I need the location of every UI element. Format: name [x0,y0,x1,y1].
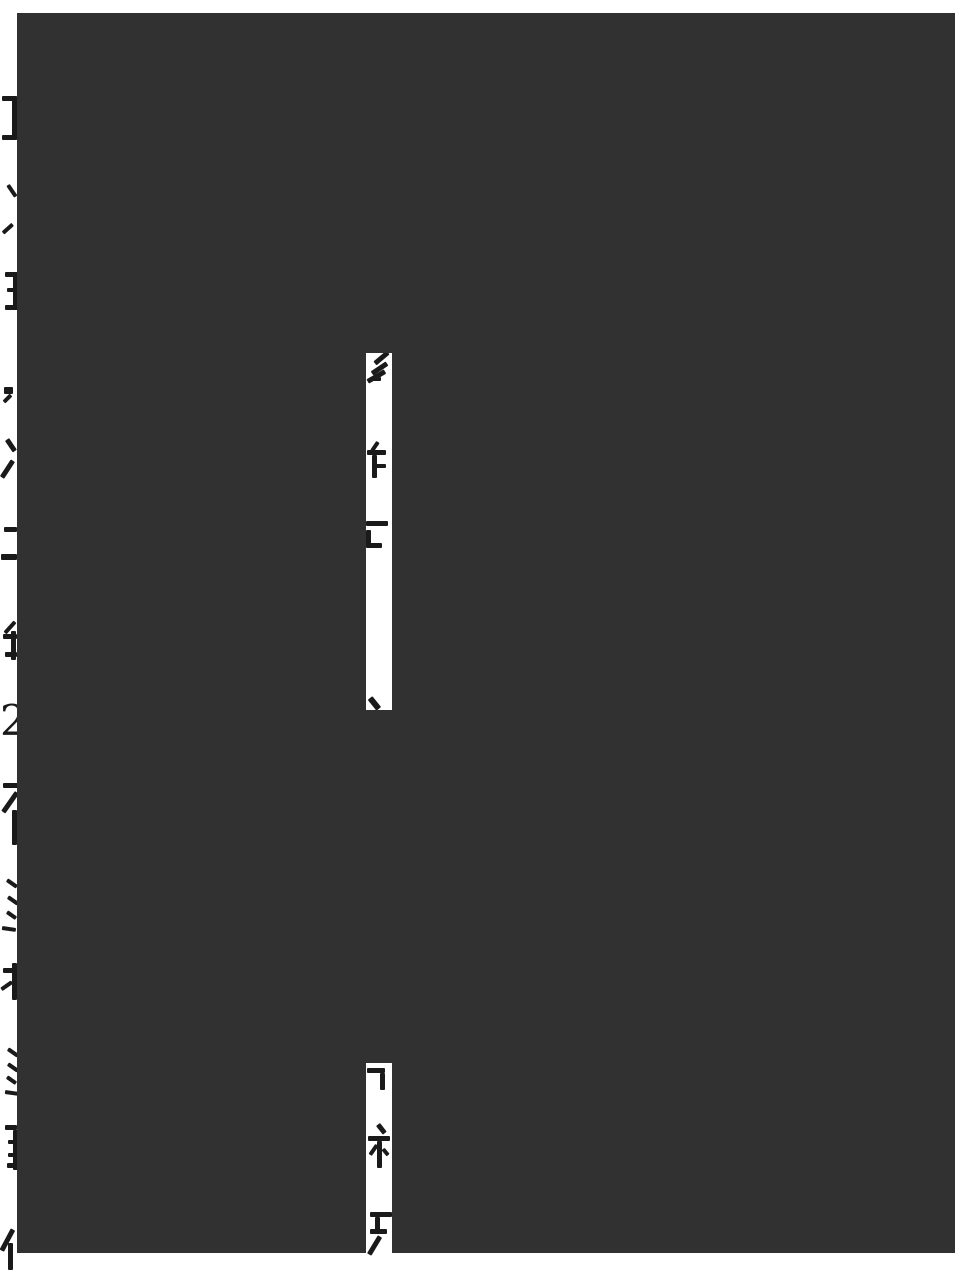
line-10-fragment-stroke [2,926,16,932]
slit-glyph-dot-stroke [368,696,381,711]
line-3-fragment-stroke [5,305,17,310]
slit-glyph-nian-stroke [373,464,386,468]
dark-overlay-upper-left [17,353,366,710]
slit-glyph-shi-stroke [366,543,382,548]
line-10-fragment-stroke [6,910,17,920]
slit-glyph-shi-bottom-stroke [367,1235,382,1256]
dark-overlay-middle [17,710,955,1063]
line-6-fragment-stroke [4,527,17,532]
slit-glyph-shi-stroke [366,521,388,526]
slit-glyph-shi-bottom-stroke [370,1212,392,1217]
line-7-fragment-stroke [5,652,17,657]
line-9-fragment-stroke [3,783,18,788]
line-3-fragment-stroke [5,272,17,277]
line-12-fragment-stroke [6,1075,17,1085]
slit-glyph-silk-stroke [370,377,381,381]
dark-overlay-lower-right [392,1063,955,1253]
line-2-fragment-stroke [6,184,17,198]
line-11-fragment-stroke [3,968,16,973]
dark-overlay-upper-right [392,353,955,710]
dark-overlay-top [17,13,955,353]
line-13-fragment-stroke [8,1140,17,1144]
line-6-fragment-stroke [1,554,17,560]
line-5-fragment-stroke [0,459,15,478]
line-5-fragment-stroke [5,438,17,452]
slit-glyph-zhong-stroke [380,1073,385,1090]
line-1-fragment-stroke [2,135,17,140]
slit-glyph-shi-radical-stroke [381,1148,389,1157]
line-2-fragment-stroke [2,223,14,235]
line-13-fragment-stroke [8,1153,17,1157]
slit-glyph-shi-radical-stroke [376,1123,387,1135]
line-14-fragment-stroke [8,1243,13,1270]
dark-overlay-lower-left [17,1063,366,1253]
slit-glyph-shi-bottom-stroke [370,1229,387,1234]
document-page: 2 [0,0,964,1283]
line-4-fragment-stroke [3,394,13,404]
line-3-fragment-stroke [7,288,17,292]
